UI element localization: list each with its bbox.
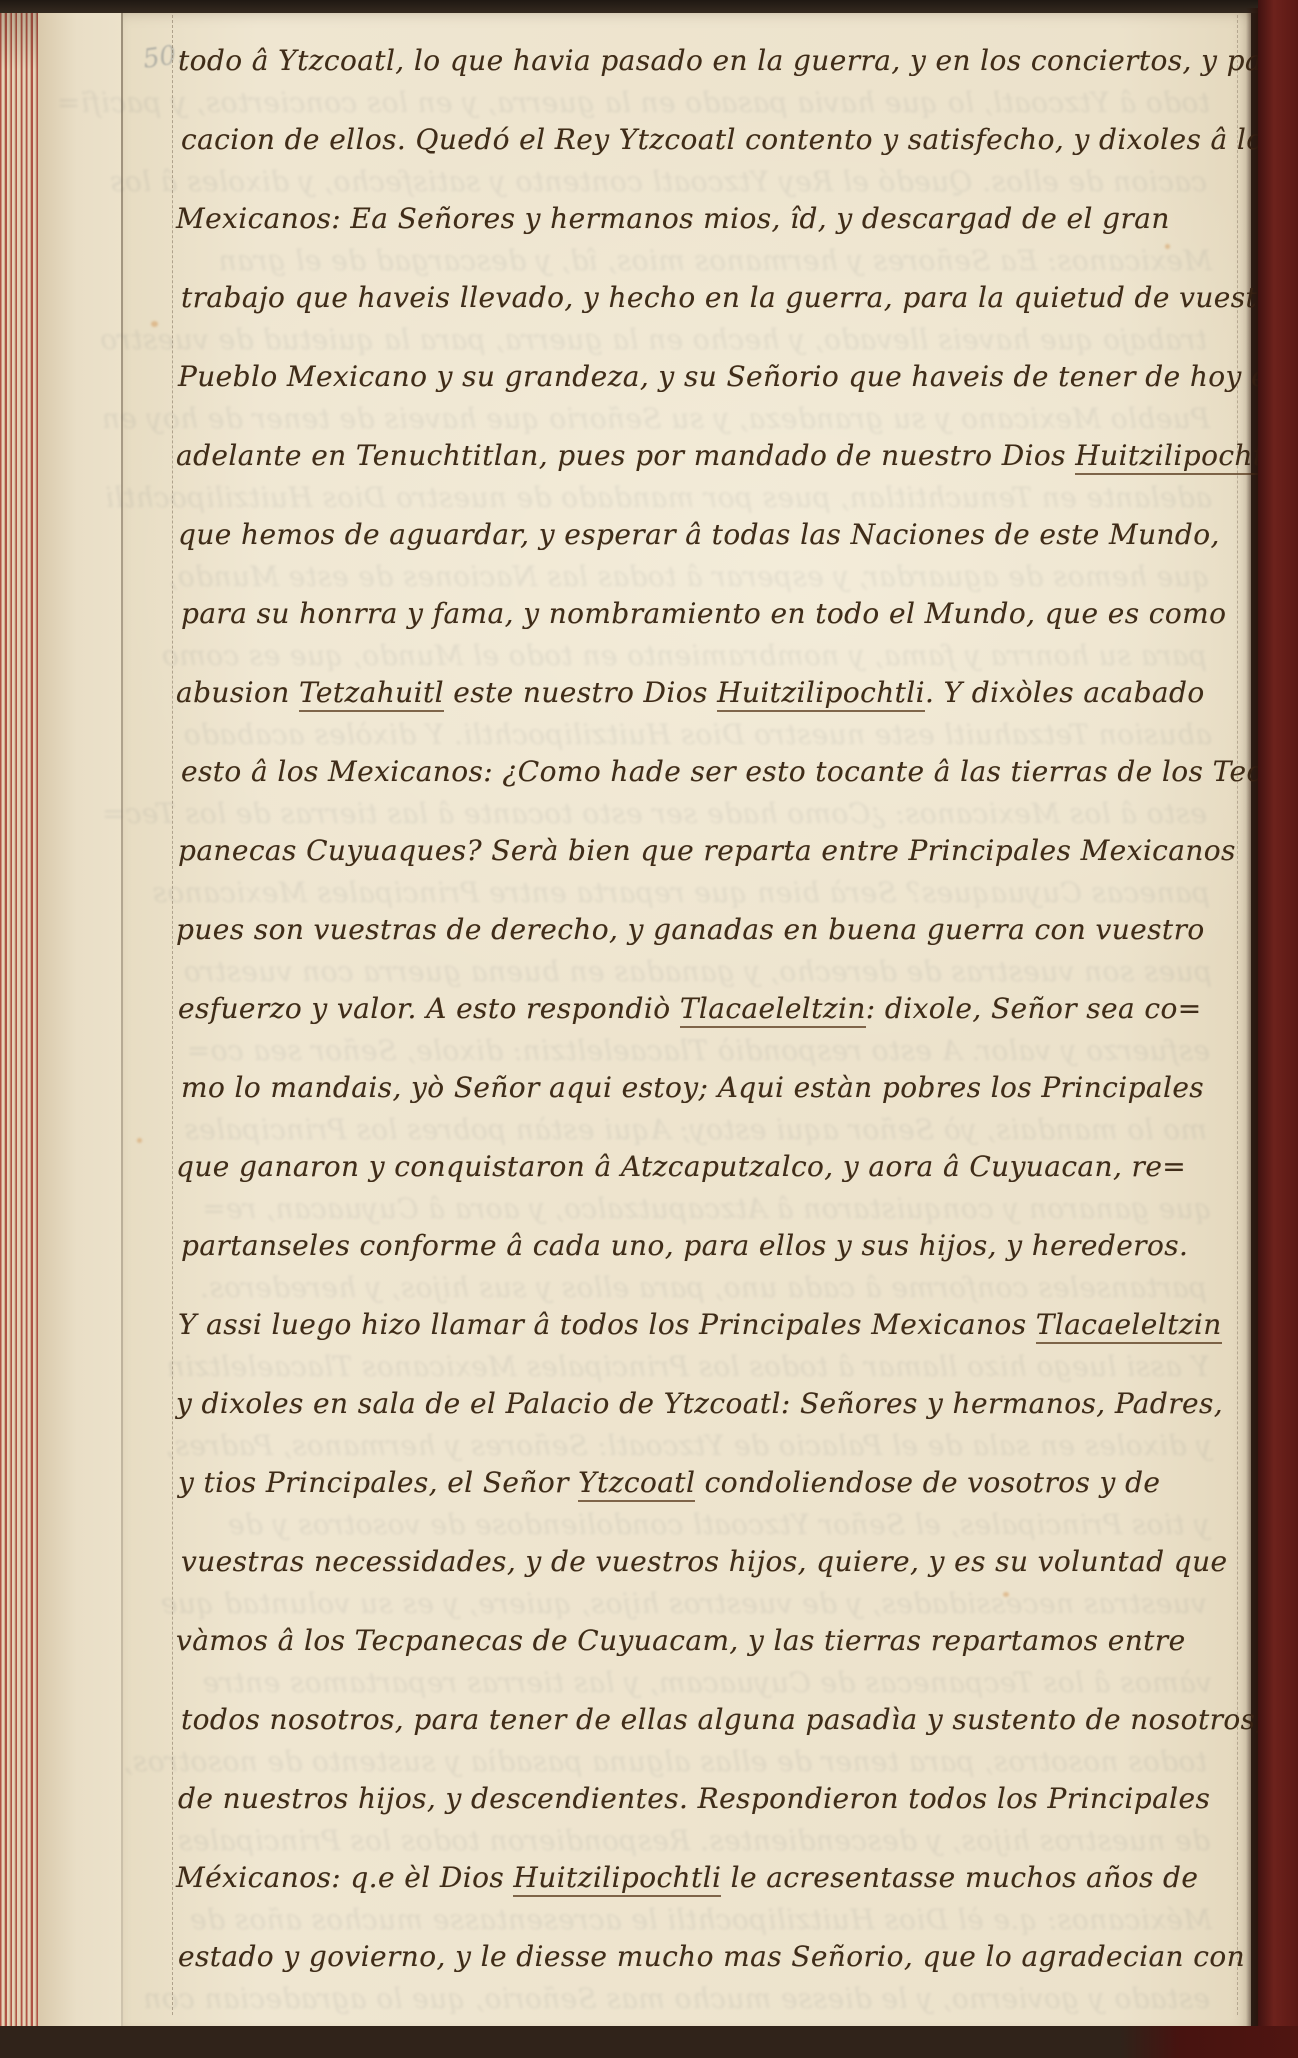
text-segment: esto â los Mexicanos: ¿Como hade ser est… <box>181 755 1286 788</box>
manuscript-line: Méxicanos: q.e èl Dios Huitzilipochtli l… <box>176 1861 1236 1940</box>
text-segment: todo â Ytzcoatl, lo que havia pasado en … <box>178 44 1298 77</box>
manuscript-line: y dixoles en sala de el Palacio de Ytzco… <box>176 1387 1236 1466</box>
manuscript-line: Y assi luego hizo llamar â todos los Pri… <box>178 1308 1238 1387</box>
underlined-word: Huitzilipochtli <box>717 676 925 712</box>
text-segment: : dixole, Señor sea co= <box>866 992 1202 1025</box>
text-segment: esfuerzo y valor. A esto respondiò <box>178 992 680 1025</box>
manuscript-line: Mexicanos: Ea Señores y hermanos mios, î… <box>176 202 1236 281</box>
text-segment: le acresentasse muchos años de <box>721 1861 1198 1894</box>
manuscript-line: que ganaron y conquistaron â Atzcaputzal… <box>176 1150 1236 1229</box>
manuscript-line: todo â Ytzcoatl, lo que havia pasado en … <box>178 44 1238 123</box>
manuscript-line: de nuestros hijos, y descendientes. Resp… <box>178 1782 1238 1861</box>
manuscript-text: todo â Ytzcoatl, lo que havia pasado en … <box>178 44 1238 2019</box>
scan-border-top <box>0 0 1298 13</box>
text-segment: todos nosotros, para tener de ellas algu… <box>181 1703 1265 1736</box>
manuscript-line: vàmos â los Tecpanecas de Cuyuacam, y la… <box>176 1624 1236 1703</box>
book-cover-right <box>1258 0 1298 2058</box>
text-segment: trabajo que haveis llevado, y hecho en l… <box>181 281 1288 314</box>
manuscript-line: todos nosotros, para tener de ellas algu… <box>181 1703 1241 1782</box>
manuscript-line: y tios Principales, el Señor Ytzcoatl co… <box>178 1466 1238 1545</box>
text-segment: y tios Principales, el Señor <box>178 1466 578 1499</box>
manuscript-line: mo lo mandais, yò Señor aqui estoy; Aqui… <box>181 1071 1241 1150</box>
manuscript-line: esfuerzo y valor. A esto respondiò Tlaca… <box>178 992 1238 1071</box>
text-segment: vuestras necessidades, y de vuestros hij… <box>181 1545 1227 1578</box>
manuscript-line: para su honrra y fama, y nombramiento en… <box>181 597 1241 676</box>
manuscript-line: estado y govierno, y le diesse mucho mas… <box>178 1940 1238 2019</box>
manuscript-line: trabajo que haveis llevado, y hecho en l… <box>181 281 1241 360</box>
manuscript-scan-page: 50. todo â Ytzcoatl, lo que havia pasado… <box>0 0 1298 2058</box>
page-gutter <box>38 8 124 2030</box>
text-segment: pues son vuestras de derecho, y ganadas … <box>176 913 1205 946</box>
text-segment: mo lo mandais, yò Señor aqui estoy; Aqui… <box>181 1071 1204 1104</box>
text-segment: que hemos de aguardar, y esperar â todas… <box>178 518 1220 551</box>
text-segment: este nuestro Dios <box>444 676 717 709</box>
underlined-word: Huitzilipochtli <box>513 1861 721 1897</box>
underlined-word: Tetzahuitl <box>299 676 444 712</box>
manuscript-line: esto â los Mexicanos: ¿Como hade ser est… <box>181 755 1241 834</box>
text-segment: para su honrra y fama, y nombramiento en… <box>181 597 1226 630</box>
text-segment: estado y govierno, y le diesse mucho mas… <box>178 1940 1245 1973</box>
manuscript-line: Pueblo Mexicano y su grandeza, y su Seño… <box>178 360 1238 439</box>
text-segment: cacion de ellos. Quedó el Rey Ytzcoatl c… <box>181 123 1278 156</box>
text-segment: de nuestros hijos, y descendientes. Resp… <box>178 1782 1210 1815</box>
text-segment: Mexicanos: Ea Señores y hermanos mios, î… <box>176 202 1170 235</box>
text-segment: Y assi luego hizo llamar â todos los Pri… <box>178 1308 1036 1341</box>
text-segment: condoliendose de vosotros y de <box>695 1466 1160 1499</box>
text-segment: y dixoles en sala de el Palacio de Ytzco… <box>176 1387 1223 1420</box>
manuscript-line: pues son vuestras de derecho, y ganadas … <box>176 913 1236 992</box>
manuscript-line: vuestras necessidades, y de vuestros hij… <box>181 1545 1241 1624</box>
scan-border-bottom <box>0 2026 1298 2058</box>
manuscript-line: adelante en Tenuchtitlan, pues por manda… <box>176 439 1236 518</box>
manuscript-line: panecas Cuyuaques? Serà bien que reparta… <box>178 834 1238 913</box>
underlined-word: Tlacaeleltzin <box>680 992 866 1028</box>
text-segment: vàmos â los Tecpanecas de Cuyuacam, y la… <box>176 1624 1186 1657</box>
text-segment: Pueblo Mexicano y su grandeza, y su Seño… <box>178 360 1286 393</box>
text-segment: partanseles conforme â cada uno, para el… <box>181 1229 1188 1262</box>
text-segment: que ganaron y conquistaron â Atzcaputzal… <box>176 1150 1186 1183</box>
paper-stain <box>137 1138 142 1143</box>
text-segment: . Y dixòles acabado <box>925 676 1205 709</box>
text-segment: adelante en Tenuchtitlan, pues por manda… <box>176 439 1075 472</box>
underlined-word: Tlacaeleltzin <box>1036 1308 1222 1344</box>
manuscript-line: abusion Tetzahuitl este nuestro Dios Hui… <box>176 676 1236 755</box>
book-page-edges <box>0 10 38 2050</box>
manuscript-line: que hemos de aguardar, y esperar â todas… <box>178 518 1238 597</box>
manuscript-line: partanseles conforme â cada uno, para el… <box>181 1229 1241 1308</box>
text-segment: Méxicanos: q.e èl Dios <box>176 1861 513 1894</box>
underlined-word: Ytzcoatl <box>578 1466 695 1502</box>
text-segment: abusion <box>176 676 299 709</box>
manuscript-line: cacion de ellos. Quedó el Rey Ytzcoatl c… <box>181 123 1241 202</box>
text-segment: panecas Cuyuaques? Serà bien que reparta… <box>178 834 1236 867</box>
